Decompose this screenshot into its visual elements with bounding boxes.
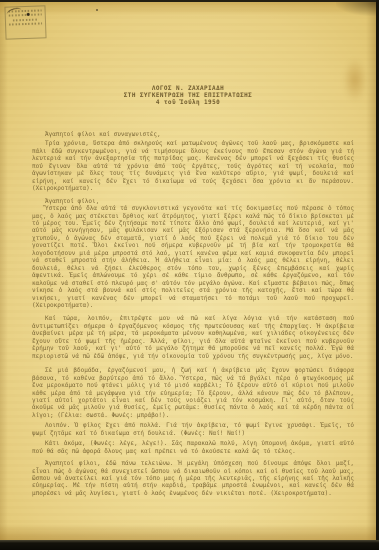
archive-ink-stamp: [4, 5, 46, 39]
stamp-text-row: [9, 22, 42, 25]
salutation-line: Ἀγαπητοί φίλοι,: [32, 198, 354, 205]
title-line-1: ΛΟΓΟΣ Ν. ΖΑΧΑΡΙΑΔΗ: [0, 85, 376, 92]
title-line-3: 4 τοῦ Ἰούλη 1950: [0, 99, 376, 106]
title-line-2: ΣΤΗ ΣΥΓΚΕΝΤΡΩΣΗ ΤΗΣ ΕΠΙΣΤΡΑΤΩΣΗΣ: [0, 92, 376, 99]
salutation-line: Ἀγαπητοί φίλοι καί συναγωνιστές,: [32, 131, 354, 138]
paragraph: Ὕστερα ἀπό ὅλα αὐτά τά συγκλονιστικά γεγ…: [32, 205, 354, 309]
scanner-edge-top: [0, 0, 379, 2]
paragraph: Κάτι ἀκόμα, (Φωνές: λέγε, λέγε!). Σᾶς πα…: [32, 440, 354, 455]
paper-speck: [96, 9, 98, 11]
handwriting-mark: [6, 7, 22, 18]
corner-shadow: [336, 2, 376, 16]
paragraph: Καί τώρα, λοιπόν, ἐπιτρέψτε μου νά πῶ κα…: [32, 315, 354, 360]
stamp-text-row: [13, 18, 38, 21]
document-title: ΛΟΓΟΣ Ν. ΖΑΧΑΡΙΑΔΗ ΣΤΗ ΣΥΓΚΕΝΤΡΩΣΗ ΤΗΣ Ε…: [0, 85, 376, 106]
paper-sheet: ΛΟΓΟΣ Ν. ΖΑΧΑΡΙΑΔΗ ΣΤΗ ΣΥΓΚΕΝΤΡΩΣΗ ΤΗΣ Ε…: [0, 2, 376, 540]
paragraph: Σέ μιά βδομάδα, ἐργαζόμενοί μου, ἡ ζωή κ…: [32, 367, 354, 419]
paragraph: Λοιπόν. Ὁ φίλος ἔχει ἀπό πολλά. Γιά τήν …: [32, 422, 354, 437]
scanned-page: ΛΟΓΟΣ Ν. ΖΑΧΑΡΙΑΔΗ ΣΤΗ ΣΥΓΚΕΝΤΡΩΣΗ ΤΗΣ Ε…: [0, 0, 379, 550]
paragraph: Ἀγαπητοί φίλοι, ἐδῶ πάνω τελειώνω. Ἡ μεγ…: [32, 460, 354, 497]
scanner-edge-bottom: [0, 540, 379, 550]
document-body: Ἀγαπητοί φίλοι καί συναγωνιστές, Τρία χρ…: [32, 131, 354, 497]
paragraph: Τρία χρόνια, ὕστερα ἀπό σκληρούς καί ματ…: [32, 140, 354, 192]
ink-speck: [27, 13, 30, 16]
